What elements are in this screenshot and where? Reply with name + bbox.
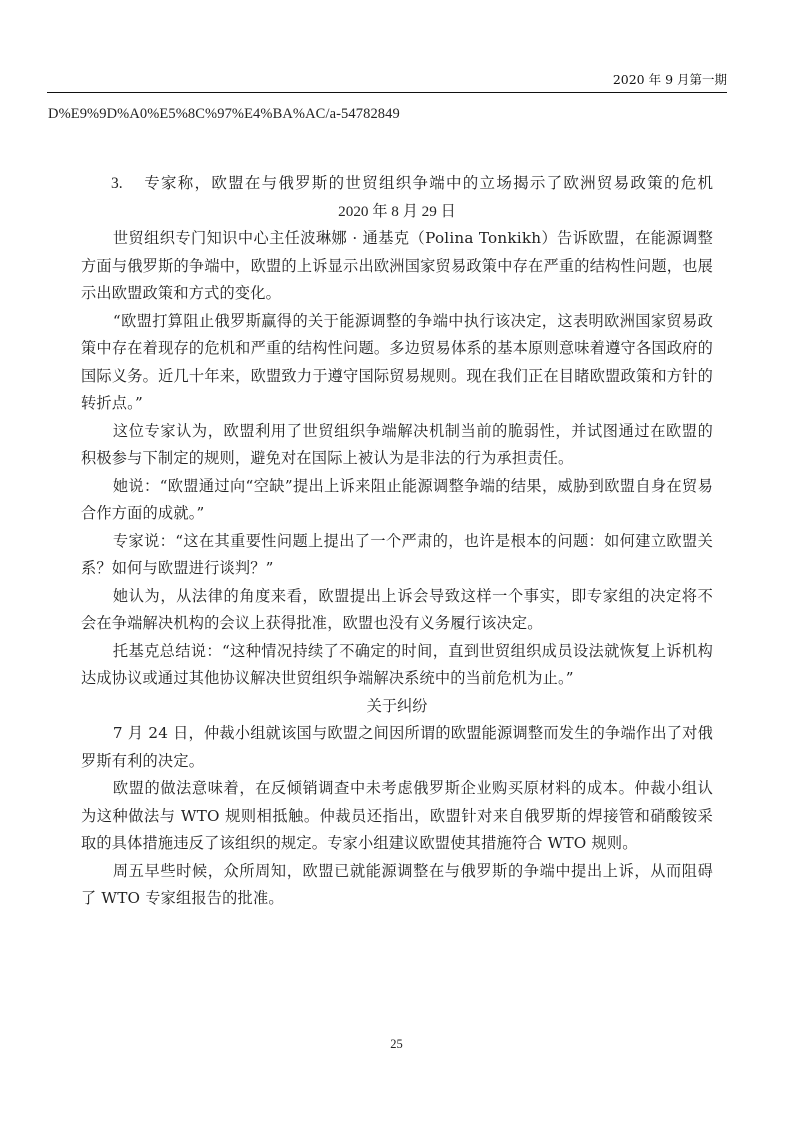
url-continuation: D%E9%9D%A0%E5%8C%97%E4%BA%AC/a-54782849 [48,104,400,124]
section-subheading: 关于纠纷 [81,693,713,721]
paragraph: 她说：“欧盟通过向“空缺”提出上诉来阻止能源调整争端的结果，威胁到欧盟自身在贸易… [81,473,713,528]
paragraph: 托基克总结说：“这种情况持续了不确定的时间，直到世贸组织成员设法就恢复上诉机构达… [81,638,713,693]
article-body: 3.专家称，欧盟在与俄罗斯的世贸组织争端中的立场揭示了欧洲贸易政策的危机 202… [81,170,713,913]
article-title-text: 专家称，欧盟在与俄罗斯的世贸组织争端中的立场揭示了欧洲贸易政策的危机 [143,174,713,192]
paragraph: 世贸组织专门知识中心主任波琳娜 · 通基克（Polina Tonkikh）告诉欧… [81,225,713,308]
header-divider [47,92,727,93]
paragraph: “欧盟打算阻止俄罗斯赢得的关于能源调整的争端中执行该决定，这表明欧洲国家贸易政策… [81,308,713,418]
paragraph: 这位专家认为，欧盟利用了世贸组织争端解决机制当前的脆弱性，并试图通过在欧盟的积极… [81,418,713,473]
issue-header: 2020 年 9 月第一期 [613,72,727,88]
article-title: 3.专家称，欧盟在与俄罗斯的世贸组织争端中的立场揭示了欧洲贸易政策的危机 [81,170,713,198]
article-number: 3. [111,170,143,198]
article-date: 2020 年 8 月 29 日 [81,198,713,226]
paragraph: 她认为，从法律的角度来看，欧盟提出上诉会导致这样一个事实，即专家组的决定将不会在… [81,583,713,638]
page-number: 25 [0,1037,793,1052]
paragraph: 周五早些时候，众所周知，欧盟已就能源调整在与俄罗斯的争端中提出上诉，从而阻碍了 … [81,858,713,913]
paragraph: 专家说：“这在其重要性问题上提出了一个严肃的，也许是根本的问题：如何建立欧盟关系… [81,528,713,583]
paragraph: 欧盟的做法意味着，在反倾销调查中未考虑俄罗斯企业购买原材料的成本。仲裁小组认为这… [81,775,713,858]
paragraph: 7 月 24 日，仲裁小组就该国与欧盟之间因所谓的欧盟能源调整而发生的争端作出了… [81,720,713,775]
